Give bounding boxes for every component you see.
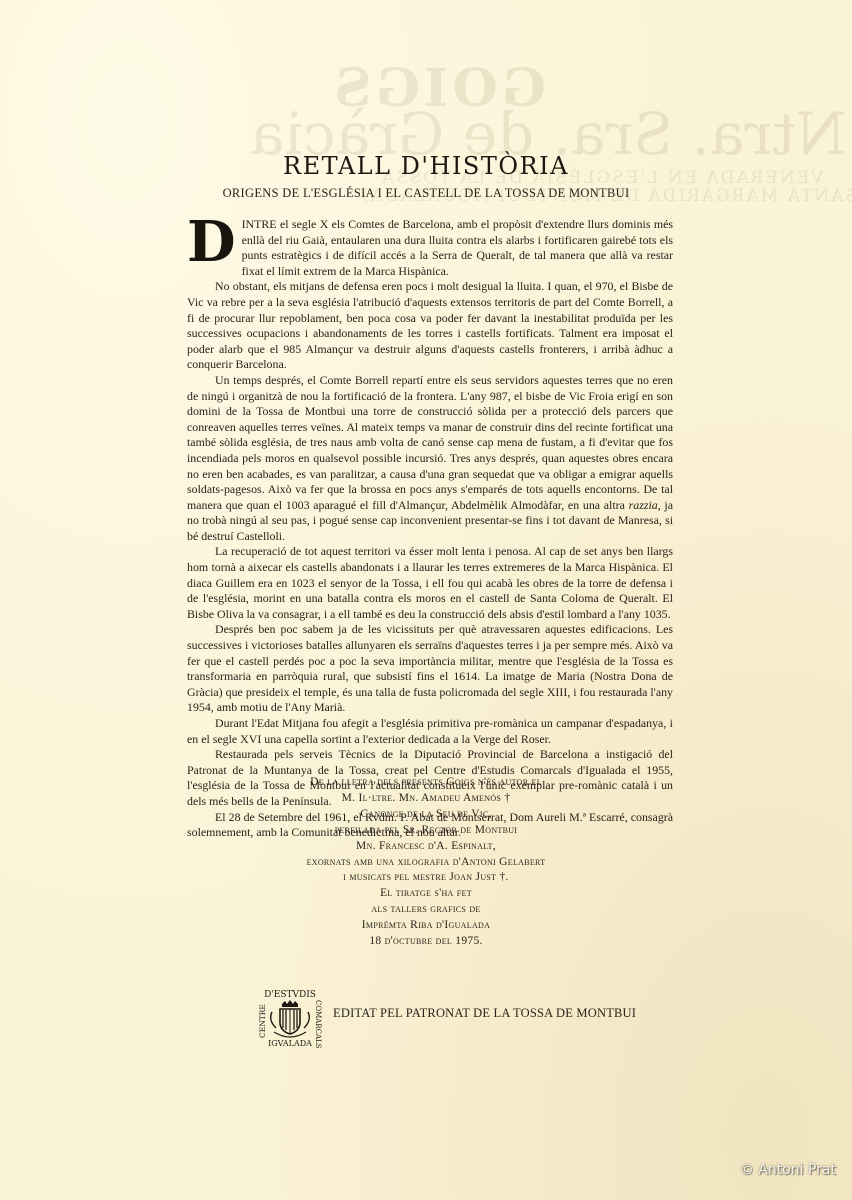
paragraph-1-text: INTRE el segle X els Comtes de Barcelona… [242, 217, 673, 278]
article-body: DINTRE el segle X els Comtes de Barcelon… [187, 217, 673, 841]
paragraph-5: Després ben poc sabem ja de les vicissit… [187, 622, 673, 716]
colophon-line: 18 d'octubre del 1975. [0, 934, 852, 950]
page-title: RETALL D'HISTÒRIA [0, 152, 852, 180]
colophon-line: perfilada pel Sr. Rector de Montbui [0, 823, 852, 839]
colophon-line: als tallers grafics de [0, 902, 852, 918]
logo-left-text: CENTRE [258, 1004, 267, 1038]
paragraph-6: Durant l'Edat Mitjana fou afegit a l'esg… [187, 716, 673, 747]
colophon-line: exornats amb una xilografia d'Antoni Gel… [0, 855, 852, 871]
paragraph-1: DINTRE el segle X els Comtes de Barcelon… [187, 217, 673, 279]
publisher-credit: EDITAT PEL PATRONAT DE LA TOSSA DE MONTB… [333, 1006, 636, 1021]
page-subtitle: ORIGENS DE L'ESGLÉSIA I EL CASTELL DE LA… [0, 186, 852, 201]
colophon: De la lletra dels presents Goigs n'és au… [0, 775, 852, 950]
paragraph-4: La recuperació de tot aquest territori v… [187, 544, 673, 622]
colophon-line: Canonge de la Seu de Vic, [0, 807, 852, 823]
italic-razzia: razzia [629, 498, 658, 512]
copyright-watermark: © Antoni Prat [740, 1162, 836, 1178]
logo-top-text: D'ESTVDIS [264, 990, 316, 1000]
centre-estudis-logo: D'ESTVDIS IGVALADA CENTRE COMARCALS [256, 988, 324, 1048]
colophon-line: Mn. Francesc d'A. Espinalt, [0, 839, 852, 855]
drop-cap: D [187, 219, 236, 265]
colophon-line: Imprémta Riba d'Igualada [0, 918, 852, 934]
colophon-line: De la lletra dels presents Goigs n'és au… [0, 775, 852, 791]
paragraph-3: Un temps després, el Comte Borrell repar… [187, 373, 673, 545]
colophon-line: i musicats pel mestre Joan Just †. [0, 870, 852, 886]
paragraph-2: No obstant, els mitjans de defensa eren … [187, 279, 673, 373]
colophon-line: El tiratge s'ha fet [0, 886, 852, 902]
show-through-goigs: GOIGS [330, 58, 546, 119]
paragraph-3-text: Un temps després, el Comte Borrell repar… [187, 373, 673, 512]
colophon-line: M. Il·ltre. Mn. Amadeu Amenós † [0, 791, 852, 807]
coat-of-arms-icon: D'ESTVDIS IGVALADA CENTRE COMARCALS [256, 988, 324, 1048]
logo-bottom-text: IGVALADA [268, 1039, 312, 1048]
logo-right-text: COMARCALS [314, 1000, 322, 1048]
